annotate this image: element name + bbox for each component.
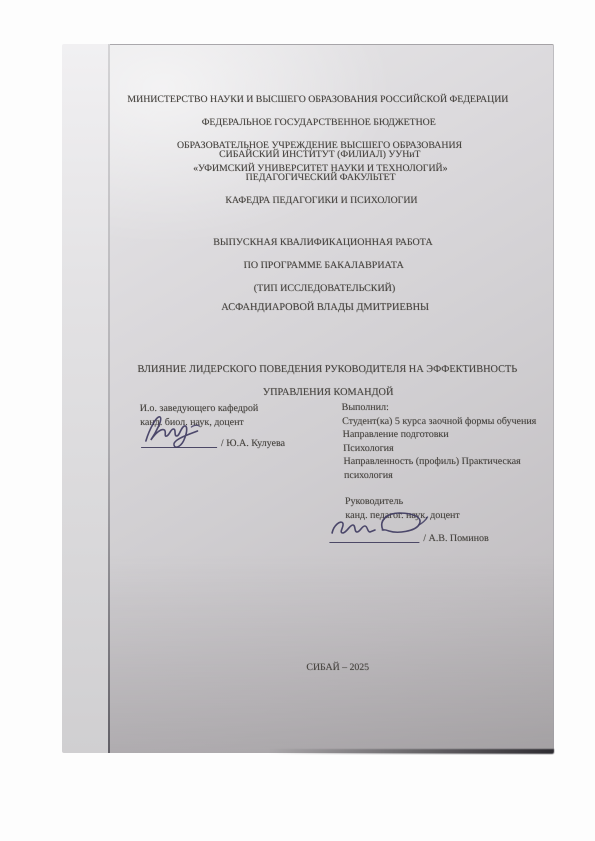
header-line-1: МИНИСТЕРСТВО НАУКИ И ВЫСШЕГО ОБРАЗОВАНИЯ… (72, 94, 564, 106)
institute-line-1: СИБАЙСКИЙ ИНСТИТУТ (ФИЛИАЛ) УУНиТ (74, 149, 566, 161)
performer-line-4: Направленность (профиль) Практическая (343, 455, 558, 469)
work-type-line-3: (ТИП ИССЛЕДОВАТЕЛЬСКИЙ) (78, 283, 570, 295)
institute-block: СИБАЙСКИЙ ИНСТИТУТ (ФИЛИАЛ) УУНиТ ПЕДАГО… (73, 137, 568, 218)
supervisor-signature-underline (329, 522, 420, 543)
approver-signature-underline (140, 427, 217, 448)
institute-line-2: ПЕДАГОГИЧЕСКИЙ ФАКУЛЬТЕТ (74, 172, 566, 184)
paper-page: МИНИСТЕРСТВО НАУКИ И ВЫСШЕГО ОБРАЗОВАНИЯ… (62, 44, 554, 753)
performer-block: Выполнил: Студент(ка) 5 курса заочной фо… (341, 401, 559, 483)
title-page-content: МИНИСТЕРСТВО НАУКИ И ВЫСШЕГО ОБРАЗОВАНИЯ… (62, 44, 579, 753)
supervisor-block: Руководитель канд. педагог. наук, доцент (345, 495, 561, 522)
header-line-2: ФЕДЕРАЛЬНОЕ ГОСУДАРСТВЕННОЕ БЮДЖЕТНОЕ (73, 117, 565, 129)
work-type-line-2: ПО ПРОГРАММЕ БАКАЛАВРИАТА (78, 260, 570, 272)
approver-position-line-1: И.о. заведующего кафедрой (140, 402, 330, 416)
supervisor-name: / А.В. Поминов (419, 533, 489, 544)
supervisor-signature-row: / А.В. Поминов (329, 522, 489, 543)
institute-line-3: КАФЕДРА ПЕДАГОГИКИ И ПСИХОЛОГИИ (75, 195, 567, 207)
performer-line-1: Студент(ка) 5 курса заочной формы обучен… (342, 415, 557, 429)
approval-block: И.о. заведующего кафедрой канд. биол. на… (140, 402, 331, 430)
work-type-block: ВЫПУСКНАЯ КВАЛИФИКАЦИОННАЯ РАБОТА ПО ПРО… (76, 225, 571, 306)
title-line-2: УПРАВЛЕНИЯ КОМАНДОЙ (82, 387, 574, 399)
approver-name: / Ю.А. Кулуева (217, 438, 285, 449)
performer-line-3: Психология (343, 442, 558, 456)
supervisor-position-line-2: канд. педагог. наук, доцент (345, 509, 560, 523)
performer-label: Выполнил: (341, 401, 556, 415)
performer-line-5: психология (344, 469, 559, 483)
work-type-line-1: ВЫПУСКНАЯ КВАЛИФИКАЦИОННАЯ РАБОТА (77, 237, 569, 249)
photo-backdrop: МИНИСТЕРСТВО НАУКИ И ВЫСШЕГО ОБРАЗОВАНИЯ… (0, 0, 595, 841)
author-name: АСФАНДИАРОВОЙ ВЛАДЫ ДМИТРИЕВНЫ (79, 302, 571, 314)
approver-signature-row: / Ю.А. Кулуева (140, 427, 285, 448)
footer-city-year: СИБАЙ – 2025 (92, 662, 584, 673)
supervisor-position-line-1: Руководитель (345, 495, 560, 509)
title-line-1: ВЛИЯНИЕ ЛИДЕРСКОГО ПОВЕДЕНИЯ РУКОВОДИТЕЛ… (81, 364, 573, 376)
performer-line-2: Направление подготовки (342, 428, 557, 442)
